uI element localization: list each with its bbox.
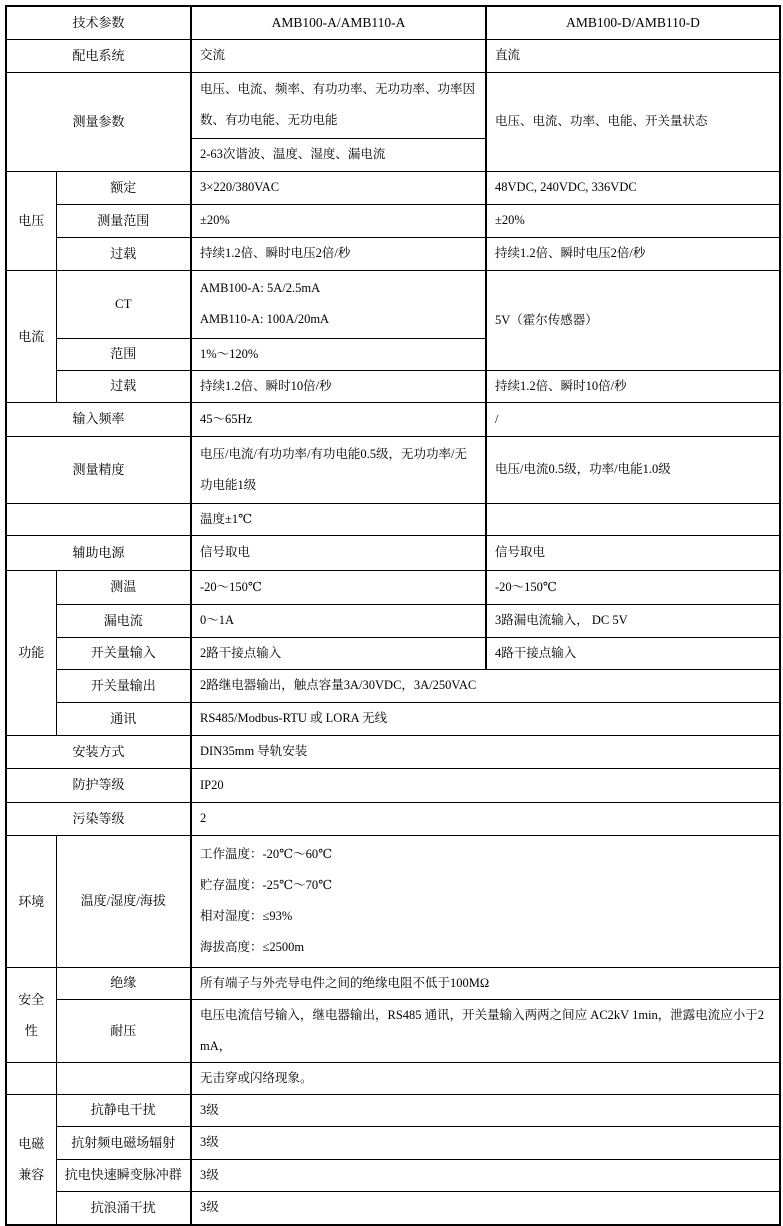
accuracy-temp-label-empty: [6, 503, 191, 535]
safety-withstand-value: 电压电流信号输入，继电器输出，RS485 通讯，开关量输入两两之间应 AC2kV…: [191, 999, 780, 1062]
row-emc-eft: 抗电快速瞬变脉冲群 3级: [6, 1159, 780, 1191]
row-accuracy: 测量精度 电压/电流/有功功率/有功电能0.5级，无功功率/无功电能1级 电压/…: [6, 436, 780, 503]
emc-group-label: 电磁 兼容: [6, 1094, 56, 1225]
voltage-range-a: ±20%: [191, 204, 486, 237]
safety-cont-group-empty: [6, 1062, 56, 1094]
voltage-overload-d: 持续1.2倍、瞬时电压2倍/秒: [486, 237, 780, 270]
current-overload-label: 过载: [56, 370, 191, 402]
current-overload-a: 持续1.2倍、瞬时10倍/秒: [191, 370, 486, 402]
row-emc-rf: 抗射频电磁场辐射 3级: [6, 1126, 780, 1159]
row-func-di: 开关量输入 2路干接点输入 4路干接点输入: [6, 637, 780, 669]
measure-params-d: 电压、电流、功率、电能、开关量状态: [486, 72, 780, 171]
func-temp-a: -20～150℃: [191, 570, 486, 604]
func-do-label: 开关量输出: [56, 669, 191, 702]
row-current-overload: 过载 持续1.2倍、瞬时10倍/秒 持续1.2倍、瞬时10倍/秒: [6, 370, 780, 402]
current-ct-a: AMB100-A: 5A/2.5mA AMB110-A: 100A/20mA: [191, 270, 486, 338]
func-di-label: 开关量输入: [56, 637, 191, 669]
environment-label: 温度/湿度/海拔: [56, 835, 191, 967]
input-freq-d: /: [486, 402, 780, 436]
current-range-label: 范围: [56, 338, 191, 370]
voltage-range-d: ±20%: [486, 204, 780, 237]
safety-insulation-value: 所有端子与外壳导电件之间的绝缘电阻不低于100MΩ: [191, 967, 780, 999]
func-leak-a: 0～1A: [191, 604, 486, 637]
row-dist-system: 配电系统 交流 直流: [6, 39, 780, 72]
aux-power-d: 信号取电: [486, 535, 780, 570]
func-temp-label: 测温: [56, 570, 191, 604]
protection-label: 防护等级: [6, 768, 191, 802]
row-func-do: 开关量输出 2路继电器输出，触点容量3A/30VDC，3A/250VAC: [6, 669, 780, 702]
row-safety-withstand: 耐压 电压电流信号输入，继电器输出，RS485 通讯，开关量输入两两之间应 AC…: [6, 999, 780, 1062]
accuracy-d: 电压/电流0.5级，功率/电能1.0级: [486, 436, 780, 503]
func-leak-d: 3路漏电流输入， DC 5V: [486, 604, 780, 637]
current-ct-label: CT: [56, 270, 191, 338]
voltage-rated-label: 额定: [56, 171, 191, 204]
row-safety-withstand-cont: 无击穿或闪络现象。: [6, 1062, 780, 1094]
row-func-temp: 功能 测温 -20～150℃ -20～150℃: [6, 570, 780, 604]
emc-surge-value: 3级: [191, 1191, 780, 1225]
row-voltage-overload: 过载 持续1.2倍、瞬时电压2倍/秒 持续1.2倍、瞬时电压2倍/秒: [6, 237, 780, 270]
func-comm-value: RS485/Modbus-RTU 或 LORA 无线: [191, 702, 780, 735]
emc-surge-label: 抗浪涌干扰: [56, 1191, 191, 1225]
voltage-rated-a: 3×220/380VAC: [191, 171, 486, 204]
row-header: 技术参数 AMB100-A/AMB110-A AMB100-D/AMB110-D: [6, 6, 780, 39]
row-current-ct: 电流 CT AMB100-A: 5A/2.5mA AMB110-A: 100A/…: [6, 270, 780, 338]
measure-params-a2: 2-63次谐波、温度、湿度、漏电流: [191, 138, 486, 171]
measure-params-a1: 电压、电流、频率、有功功率、无功功率、功率因数、有功电能、无功电能: [191, 72, 486, 138]
environment-value: 工作温度：-20℃～60℃ 贮存温度：-25℃～70℃ 相对湿度：≤93% 海拔…: [191, 835, 780, 967]
safety-insulation-label: 绝缘: [56, 967, 191, 999]
row-measure-params-1: 测量参数 电压、电流、频率、有功功率、无功功率、功率因数、有功电能、无功电能 电…: [6, 72, 780, 138]
row-accuracy-temp: 温度±1℃: [6, 503, 780, 535]
voltage-rated-d: 48VDC, 240VDC, 336VDC: [486, 171, 780, 204]
voltage-overload-a: 持续1.2倍、瞬时电压2倍/秒: [191, 237, 486, 270]
emc-esd-value: 3级: [191, 1094, 780, 1126]
func-di-d: 4路干接点输入: [486, 637, 780, 669]
aux-power-label: 辅助电源: [6, 535, 191, 570]
row-func-comm: 通讯 RS485/Modbus-RTU 或 LORA 无线: [6, 702, 780, 735]
row-emc-esd: 电磁 兼容 抗静电干扰 3级: [6, 1094, 780, 1126]
func-do-value: 2路继电器输出，触点容量3A/30VDC，3A/250VAC: [191, 669, 780, 702]
accuracy-a: 电压/电流/有功功率/有功电能0.5级，无功功率/无功电能1级: [191, 436, 486, 503]
voltage-range-label: 测量范围: [56, 204, 191, 237]
spec-table: 技术参数 AMB100-A/AMB110-A AMB100-D/AMB110-D…: [5, 5, 781, 1226]
current-ct-d: 5V（霍尔传感器）: [486, 270, 780, 370]
row-voltage-rated: 电压 额定 3×220/380VAC 48VDC, 240VDC, 336VDC: [6, 171, 780, 204]
row-protection: 防护等级 IP20: [6, 768, 780, 802]
header-model-d: AMB100-D/AMB110-D: [486, 6, 780, 39]
pollution-label: 污染等级: [6, 802, 191, 835]
accuracy-label: 测量精度: [6, 436, 191, 503]
mounting-label: 安装方式: [6, 735, 191, 768]
safety-group-label: 安全 性: [6, 967, 56, 1062]
row-input-freq: 输入频率 45～65Hz /: [6, 402, 780, 436]
safety-withstand-label: 耐压: [56, 999, 191, 1062]
measure-params-label: 测量参数: [6, 72, 191, 171]
header-model-a: AMB100-A/AMB110-A: [191, 6, 486, 39]
emc-eft-label: 抗电快速瞬变脉冲群: [56, 1159, 191, 1191]
func-comm-label: 通讯: [56, 702, 191, 735]
safety-withstand-cont: 无击穿或闪络现象。: [191, 1062, 780, 1094]
accuracy-temp-d-empty: [486, 503, 780, 535]
protection-value: IP20: [191, 768, 780, 802]
input-freq-a: 45～65Hz: [191, 402, 486, 436]
emc-eft-value: 3级: [191, 1159, 780, 1191]
header-param-label: 技术参数: [6, 6, 191, 39]
current-group-label: 电流: [6, 270, 56, 402]
row-mounting: 安装方式 DIN35mm 导轨安装: [6, 735, 780, 768]
dist-system-a: 交流: [191, 39, 486, 72]
voltage-overload-label: 过载: [56, 237, 191, 270]
voltage-group-label: 电压: [6, 171, 56, 270]
row-environment: 环境 温度/湿度/海拔 工作温度：-20℃～60℃ 贮存温度：-25℃～70℃ …: [6, 835, 780, 967]
current-range-a: 1%～120%: [191, 338, 486, 370]
environment-group-label: 环境: [6, 835, 56, 967]
row-voltage-range: 测量范围 ±20% ±20%: [6, 204, 780, 237]
row-aux-power: 辅助电源 信号取电 信号取电: [6, 535, 780, 570]
func-leak-label: 漏电流: [56, 604, 191, 637]
mounting-value: DIN35mm 导轨安装: [191, 735, 780, 768]
func-di-a: 2路干接点输入: [191, 637, 486, 669]
row-pollution: 污染等级 2: [6, 802, 780, 835]
func-group-label: 功能: [6, 570, 56, 735]
func-temp-d: -20～150℃: [486, 570, 780, 604]
input-freq-label: 输入频率: [6, 402, 191, 436]
row-func-leak: 漏电流 0～1A 3路漏电流输入， DC 5V: [6, 604, 780, 637]
dist-system-label: 配电系统: [6, 39, 191, 72]
emc-esd-label: 抗静电干扰: [56, 1094, 191, 1126]
emc-rf-value: 3级: [191, 1126, 780, 1159]
pollution-value: 2: [191, 802, 780, 835]
row-safety-insulation: 安全 性 绝缘 所有端子与外壳导电件之间的绝缘电阻不低于100MΩ: [6, 967, 780, 999]
row-emc-surge: 抗浪涌干扰 3级: [6, 1191, 780, 1225]
dist-system-d: 直流: [486, 39, 780, 72]
accuracy-temp-a: 温度±1℃: [191, 503, 486, 535]
current-overload-d: 持续1.2倍、瞬时10倍/秒: [486, 370, 780, 402]
aux-power-a: 信号取电: [191, 535, 486, 570]
safety-cont-label-empty: [56, 1062, 191, 1094]
emc-rf-label: 抗射频电磁场辐射: [56, 1126, 191, 1159]
